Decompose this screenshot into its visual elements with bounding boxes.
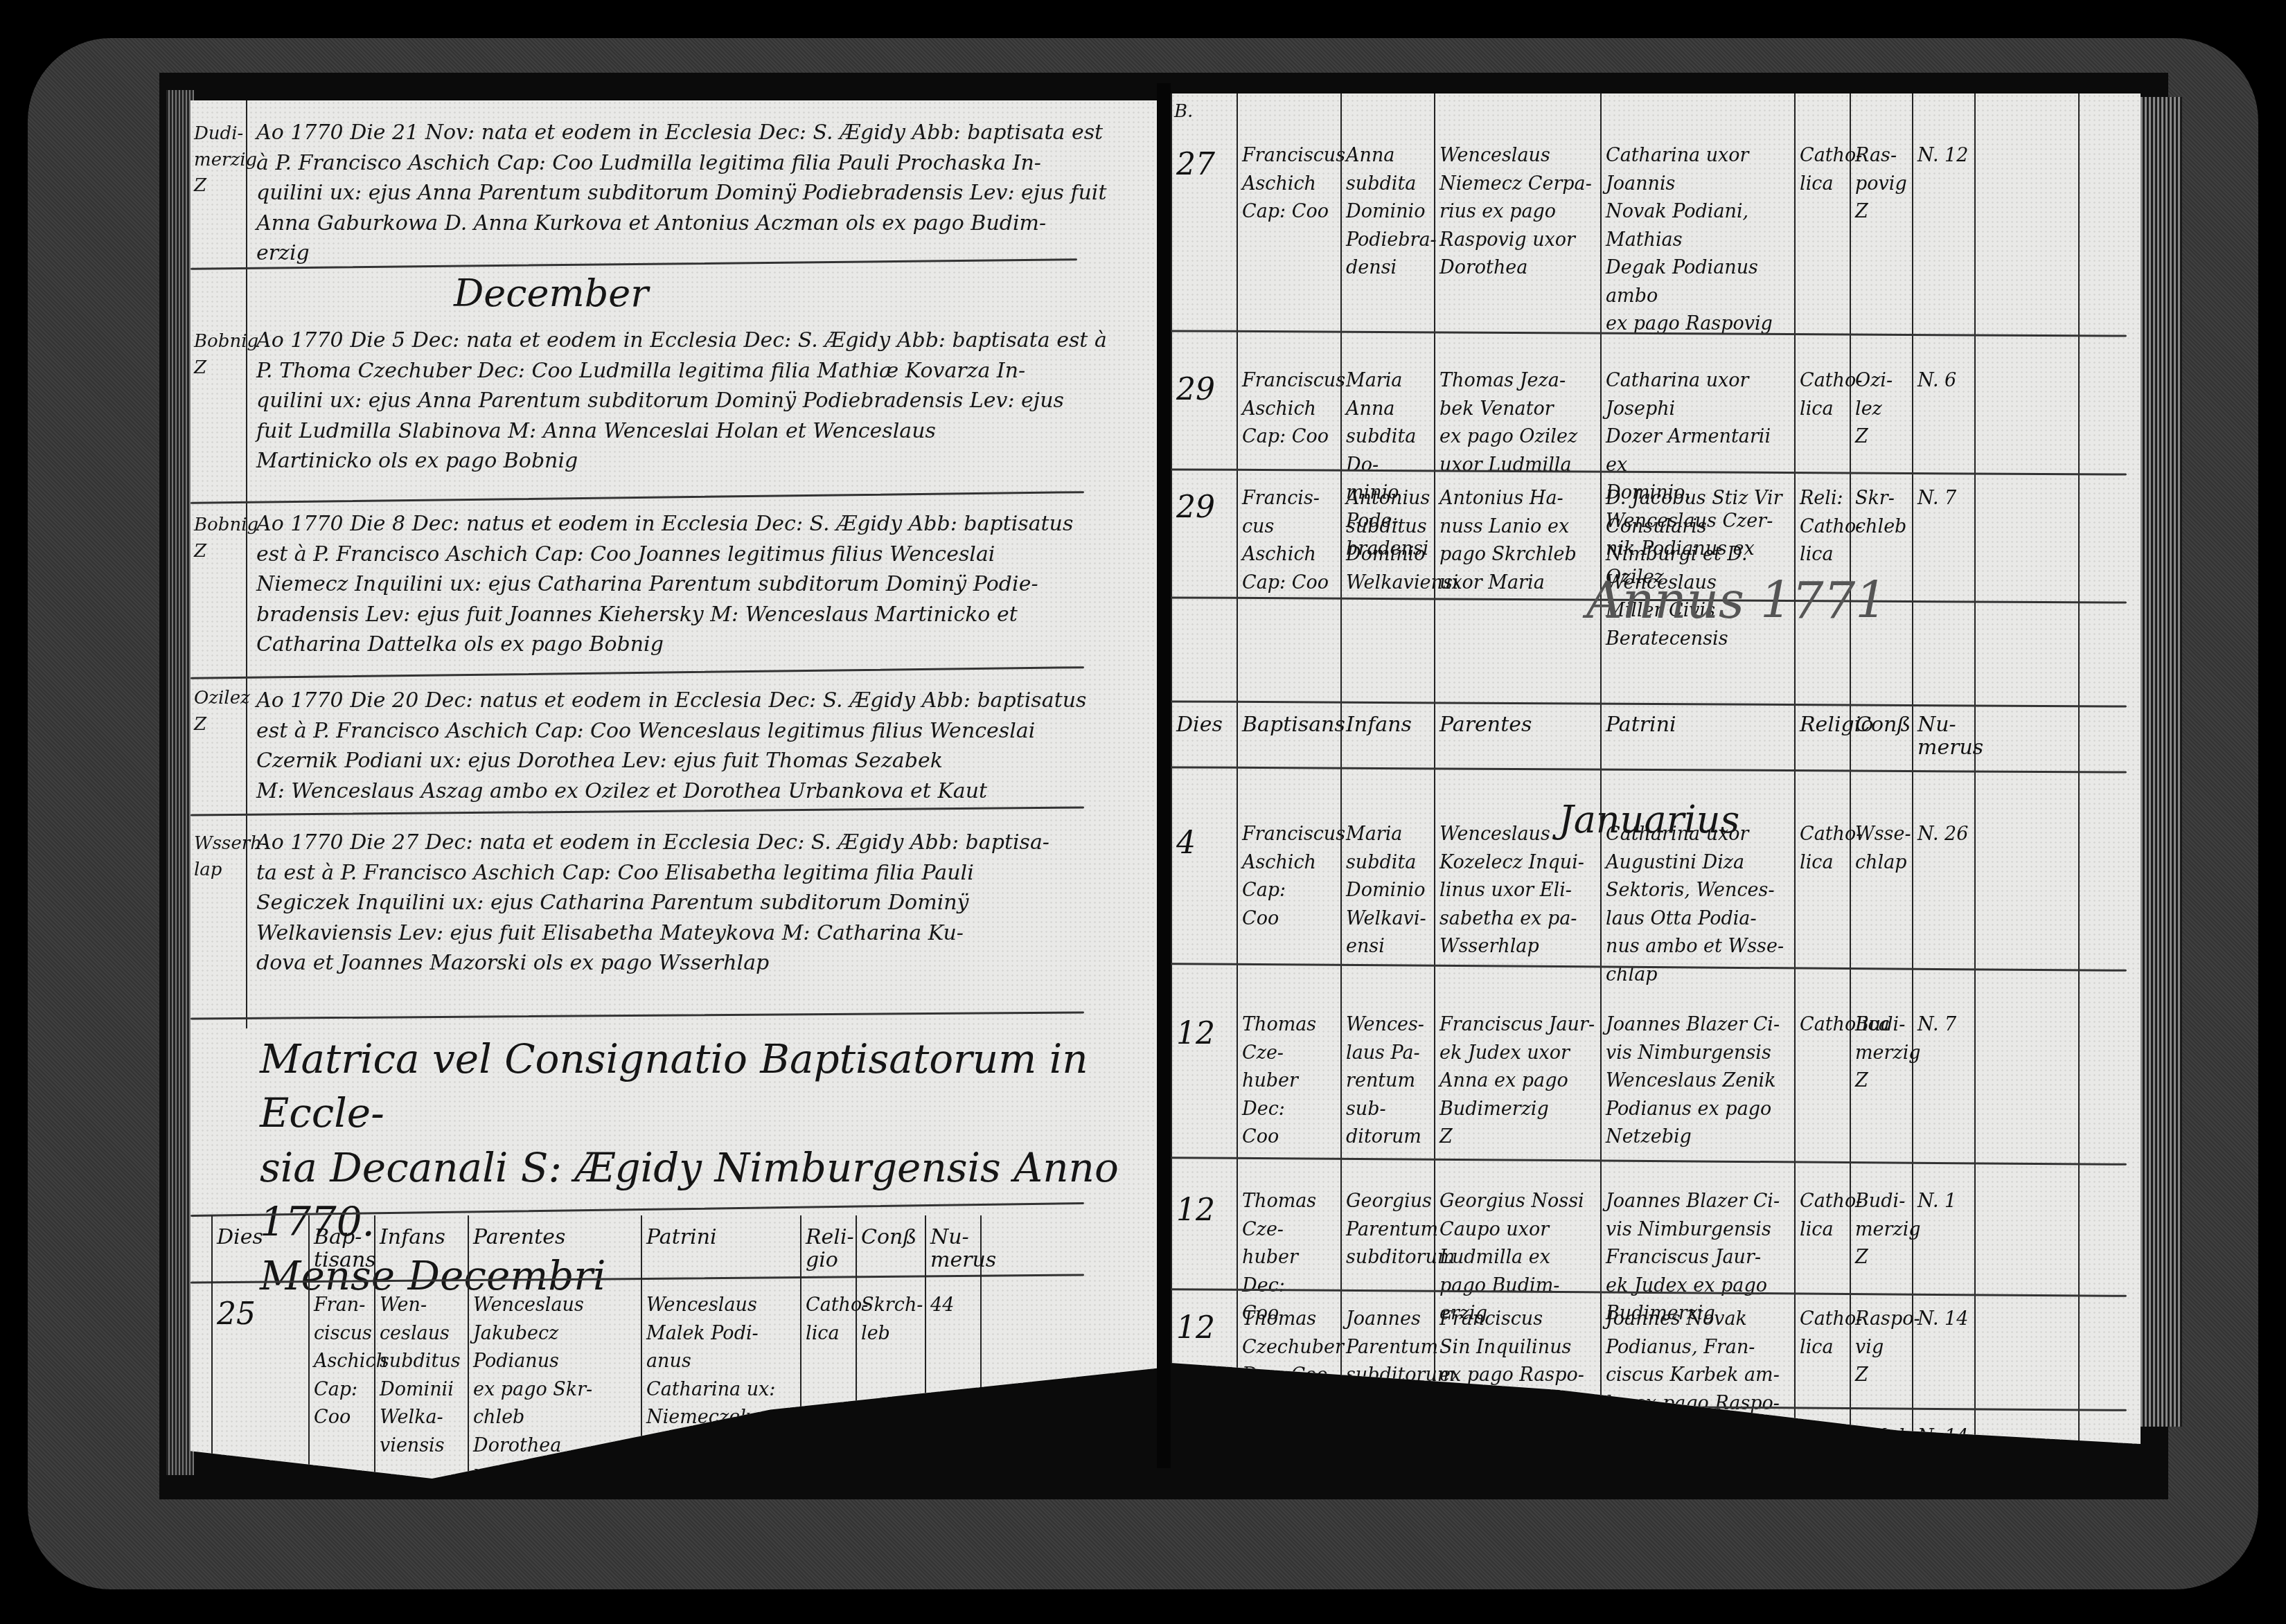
column-header: Religio <box>1800 713 1848 736</box>
year-heading: Annus 1771 <box>1586 564 1887 636</box>
table-cell: Anna subdita Dominio Podiebra- densi <box>1346 142 1433 283</box>
column-header: Infans <box>380 1226 466 1249</box>
column-rule <box>1171 93 1172 1444</box>
month-heading: Januarius <box>1559 793 1739 847</box>
table-cell: Catho- lica <box>1800 367 1848 423</box>
column-header: Patrini <box>1606 713 1793 736</box>
column-header: Infans <box>1346 713 1433 736</box>
table-cell: Catho- lica <box>1800 142 1848 198</box>
column-header: Nu- merus <box>930 1226 979 1271</box>
day-cell: 12 <box>1176 1305 1235 1351</box>
table-cell: Catho- lica <box>1800 821 1848 877</box>
table-cell: Catho- lica <box>1800 1305 1848 1362</box>
baptism-entry-text: Ao 1770 Die 21 Nov: nata et eodem in Ecc… <box>256 118 1150 269</box>
entry-margin-village: Bobnig Z <box>194 329 246 381</box>
day-cell: 12 <box>1176 1188 1235 1233</box>
entry-divider <box>190 491 1084 504</box>
table-cell: Catho- lica <box>806 1292 854 1348</box>
column-rule <box>1237 93 1238 1444</box>
table-cell: N. 6 <box>1917 367 1973 395</box>
column-header: Patrini <box>646 1226 799 1249</box>
entry-margin-village: Ozilez Z <box>194 686 246 738</box>
column-header: Baptisans <box>1242 713 1339 736</box>
column-header: Conß <box>1855 713 1911 736</box>
column-header: Bap- tisans <box>314 1226 373 1271</box>
table-cell: N. 26 <box>1917 821 1973 849</box>
table-cell: Wenceslaus Niemecz Cerpa- rius ex pago R… <box>1439 142 1599 283</box>
table-cell: Ras- povig Z <box>1855 142 1911 226</box>
entry-margin-village: Wsserh- lap <box>194 831 246 883</box>
table-cell: N. 14 <box>1917 1305 1973 1334</box>
column-header: Dies <box>217 1226 307 1249</box>
table-cell: Franciscus Aschich Cap: Coo <box>1242 142 1339 226</box>
row-rule <box>1171 1157 2127 1166</box>
column-rule <box>1912 93 1913 1444</box>
day-cell: 27 <box>1176 142 1235 188</box>
left-page: Dudi- merzig Z Ao 1770 Die 21 Nov: nata … <box>190 100 1157 1479</box>
column-header: Conß <box>861 1226 923 1249</box>
baptism-entry-text: Ao 1770 Die 27 Dec: nata et eodem in Ecc… <box>256 828 1150 979</box>
day-cell: 25 <box>217 1292 307 1337</box>
baptism-entry-text: Ao 1770 Die 20 Dec: natus et eodem in Ec… <box>256 686 1150 806</box>
entry-margin-village: Dudi- merzig Z <box>194 121 246 199</box>
table-cell: Joannes Blazer Ci- vis Nimburgensis Wenc… <box>1606 1011 1793 1152</box>
baptism-entry-text: Ao 1770 Die 5 Dec: nata et eodem in Eccl… <box>256 325 1150 476</box>
table-cell: Ozi- lez Z <box>1855 367 1911 452</box>
book-gutter <box>1157 83 1171 1468</box>
column-rule <box>308 1215 310 1479</box>
table-cell: Georgius Parentum subditorum <box>1346 1188 1433 1272</box>
register-heading: Matrica vel Consignatio Baptisatorum in … <box>260 1032 1140 1303</box>
entry-divider <box>190 666 1084 679</box>
table-cell: Wen- ceslaus subditus Dominii Welka- vie… <box>380 1292 466 1460</box>
table-cell: Franciscus Aschich Cap: Coo <box>1242 821 1339 933</box>
table-cell: Skr- chleb <box>1855 485 1911 541</box>
column-header: Nu- merus <box>1917 713 1973 759</box>
column-rule <box>211 1215 213 1479</box>
table-cell: N. 7 <box>1917 485 1973 513</box>
entry-divider <box>190 806 1084 816</box>
table-cell: Thomas Jeza- bek Venator ex pago Ozilez … <box>1439 367 1599 479</box>
table-cell: Raspo- vig Z <box>1855 1305 1911 1390</box>
column-rule <box>1974 93 1976 1444</box>
table-cell: Skrch- leb <box>861 1292 923 1348</box>
table-cell: Catharina uxor Joannis Novak Podiani, Ma… <box>1606 142 1793 339</box>
page-corner-mark: B. <box>1174 99 1193 125</box>
day-cell: 29 <box>1176 485 1235 530</box>
table-cell: Maria subdita Dominio Welkavi- ensi <box>1346 821 1433 961</box>
column-rule <box>1850 93 1851 1444</box>
baptism-entry-text: Ao 1770 Die 8 Dec: natus et eodem in Ecc… <box>256 509 1150 660</box>
entry-divider <box>190 1011 1084 1019</box>
left-page-edges <box>166 90 194 1475</box>
table-cell: N. 1 <box>1917 1188 1973 1216</box>
day-cell: 29 <box>1176 367 1235 413</box>
column-rule <box>2078 93 2080 1444</box>
column-header: Parentes <box>1439 713 1599 736</box>
table-cell: Francis- cus Aschich Cap: Coo <box>1242 485 1339 597</box>
table-cell: 44 <box>930 1292 979 1320</box>
table-cell: Catho- lica <box>1800 1188 1848 1244</box>
table-cell: N. 12 <box>1917 142 1973 170</box>
table-cell: Wsse- chlap <box>1855 821 1911 877</box>
column-header: Dies <box>1176 713 1235 736</box>
row-rule <box>1171 766 2127 773</box>
table-cell: Antonius Ha- nuss Lanio ex pago Skrchleb… <box>1439 485 1599 597</box>
table-cell: Thomas Cze- huber Dec: Coo <box>1242 1011 1339 1152</box>
table-cell: Antonius subditus Dominio Welkaviensi <box>1346 485 1433 597</box>
table-cell: Wences- laus Pa- rentum sub- ditorum <box>1346 1011 1433 1152</box>
day-cell: 4 <box>1176 821 1235 866</box>
table-cell: Budi- merzig Z <box>1855 1188 1911 1272</box>
table-cell: N. 7 <box>1917 1011 1973 1039</box>
row-rule <box>1171 700 2127 707</box>
column-header: Reli- gio <box>806 1226 854 1271</box>
table-cell: Budi- merzig Z <box>1855 1011 1911 1096</box>
day-cell: 12 <box>1176 1011 1235 1057</box>
right-page-edges <box>2141 97 2182 1427</box>
column-rule <box>1794 93 1796 1444</box>
table-cell: Reli: Catho- lica <box>1800 485 1848 569</box>
column-rule <box>468 1215 469 1479</box>
right-page: B. 27Franciscus Aschich Cap: CooAnna sub… <box>1171 93 2141 1444</box>
column-header: Parentes <box>473 1226 639 1249</box>
table-cell: Catholica <box>1800 1011 1848 1039</box>
table-cell: Fran- ciscus Aschich Cap: Coo <box>314 1292 373 1432</box>
entry-margin-village: Bobnig Z <box>194 512 246 564</box>
month-heading: December <box>454 267 648 321</box>
margin-rule <box>246 100 247 1028</box>
table-cell: Franciscus Aschich Cap: Coo <box>1242 367 1339 452</box>
table-cell: Franciscus Jaur- ek Judex uxor Anna ex p… <box>1439 1011 1599 1152</box>
